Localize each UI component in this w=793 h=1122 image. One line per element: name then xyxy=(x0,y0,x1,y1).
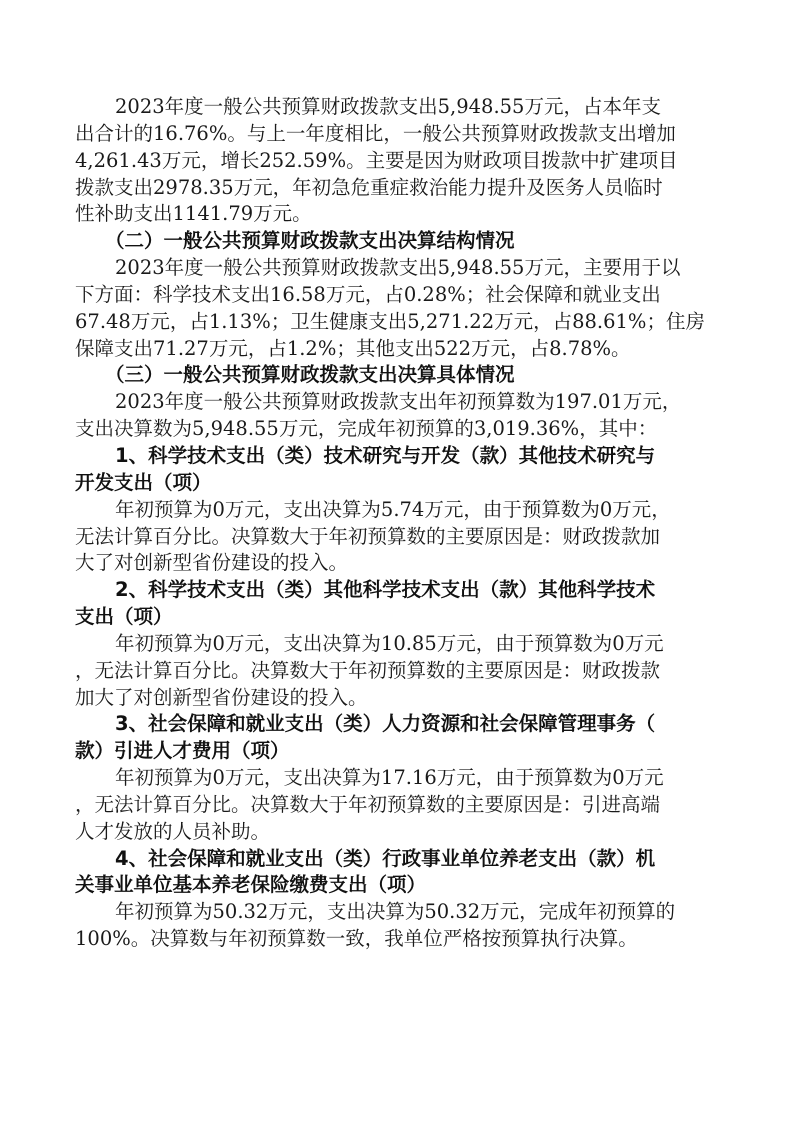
text-line: 2023年度一般公共预算财政拨款支出年初预算数为197.01万元， xyxy=(75,389,725,416)
paragraph-expenditure-overview: 2023年度一般公共预算财政拨款支出5,948.55万元，占本年支 出合计的16… xyxy=(75,94,725,228)
section-details: （三）一般公共预算财政拨款支出决算具体情况 2023年度一般公共预算财政拨款支出… xyxy=(75,362,725,953)
detail-item-3: 3、社会保障和就业支出（类）人力资源和社会保障管理事务（ 款）引进人才费用（项）… xyxy=(75,711,725,845)
text-line: 年初预算为0万元，支出决算为10.85万元，由于预算数为0万元 xyxy=(75,631,725,658)
text-line: 拨款支出2978.35万元，年初急危重症救治能力提升及医务人员临时 xyxy=(75,175,725,202)
text-line: 100%。决算数与年初预算数一致，我单位严格按预算执行决算。 xyxy=(75,926,725,953)
text-line: 无法计算百分比。决算数大于年初预算数的主要原因是：财政拨款加 xyxy=(75,524,725,551)
detail-item-2: 2、科学技术支出（类）其他科学技术支出（款）其他科学技术 支出（项） 年初预算为… xyxy=(75,577,725,711)
document-page: 2023年度一般公共预算财政拨款支出5,948.55万元，占本年支 出合计的16… xyxy=(75,94,725,953)
item-heading: 关事业单位基本养老保险缴费支出（项） xyxy=(75,872,725,899)
text-line: 保障支出71.27万元，占1.2%；其他支出522万元，占8.78%。 xyxy=(75,336,725,363)
text-line: 大了对创新型省份建设的投入。 xyxy=(75,550,725,577)
text-line: 支出决算数为5,948.55万元，完成年初预算的3,019.36%，其中： xyxy=(75,416,725,443)
detail-item-4: 4、社会保障和就业支出（类）行政事业单位养老支出（款）机 关事业单位基本养老保险… xyxy=(75,846,725,953)
text-line: ，无法计算百分比。决算数大于年初预算数的主要原因是：引进高端 xyxy=(75,792,725,819)
text-line: 年初预算为50.32万元，支出决算为50.32万元，完成年初预算的 xyxy=(75,899,725,926)
text-line: 年初预算为0万元，支出决算为5.74万元，由于预算数为0万元， xyxy=(75,497,725,524)
text-line: 加大了对创新型省份建设的投入。 xyxy=(75,685,725,712)
text-line: 性补助支出1141.79万元。 xyxy=(75,201,725,228)
section-structure: （二）一般公共预算财政拨款支出决算结构情况 2023年度一般公共预算财政拨款支出… xyxy=(75,228,725,362)
detail-item-1: 1、科学技术支出（类）技术研究与开发（款）其他技术研究与 开发支出（项） 年初预… xyxy=(75,443,725,577)
item-heading: 4、社会保障和就业支出（类）行政事业单位养老支出（款）机 xyxy=(75,846,725,873)
text-line: 人才发放的人员补助。 xyxy=(75,819,725,846)
item-heading: 开发支出（项） xyxy=(75,470,725,497)
text-line: ，无法计算百分比。决算数大于年初预算数的主要原因是：财政拨款 xyxy=(75,658,725,685)
text-line: 出合计的16.76%。与上一年度相比，一般公共预算财政拨款支出增加 xyxy=(75,121,725,148)
item-heading: 1、科学技术支出（类）技术研究与开发（款）其他技术研究与 xyxy=(75,443,725,470)
text-line: 年初预算为0万元，支出决算为17.16万元，由于预算数为0万元 xyxy=(75,765,725,792)
item-heading: 支出（项） xyxy=(75,604,725,631)
text-line: 2023年度一般公共预算财政拨款支出5,948.55万元，占本年支 xyxy=(75,94,725,121)
section-heading: （二）一般公共预算财政拨款支出决算结构情况 xyxy=(75,228,725,255)
text-line: 67.48万元，占1.13%；卫生健康支出5,271.22万元，占88.61%；… xyxy=(75,309,725,336)
item-heading: 3、社会保障和就业支出（类）人力资源和社会保障管理事务（ xyxy=(75,711,725,738)
text-line: 下方面：科学技术支出16.58万元，占0.28%；社会保障和就业支出 xyxy=(75,282,725,309)
text-line: 4,261.43万元，增长252.59%。主要是因为财政项目拨款中扩建项目 xyxy=(75,148,725,175)
text-line: 2023年度一般公共预算财政拨款支出5,948.55万元，主要用于以 xyxy=(75,255,725,282)
item-heading: 款）引进人才费用（项） xyxy=(75,738,725,765)
section-heading: （三）一般公共预算财政拨款支出决算具体情况 xyxy=(75,362,725,389)
item-heading: 2、科学技术支出（类）其他科学技术支出（款）其他科学技术 xyxy=(75,577,725,604)
